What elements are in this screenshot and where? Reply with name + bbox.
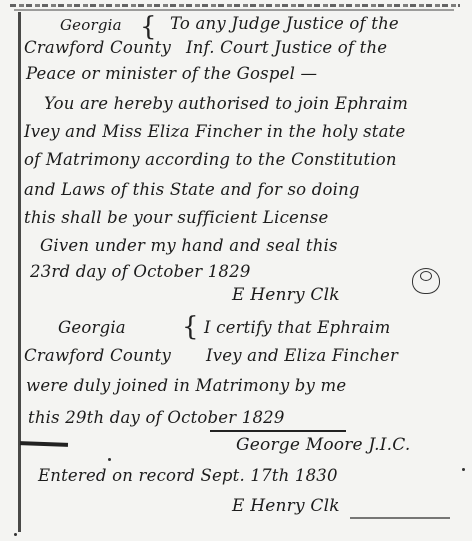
left-margin-rule	[18, 12, 21, 532]
certificate-line-1: I certify that Ephraim	[204, 318, 391, 337]
page-top-rule	[14, 9, 454, 11]
certificate-line-3: were duly joined in Matrimony by me	[26, 376, 346, 395]
record-entry: Entered on record Sept. 17th 1830	[38, 466, 338, 485]
certificate-line-4: this 29th day of October 1829	[28, 408, 285, 427]
license-line-8: this shall be your sufficient License	[24, 208, 328, 227]
date-underline	[210, 430, 346, 432]
license-line-3: Peace or minister of the Gospel —	[26, 64, 317, 83]
license-line-5: Ivey and Miss Eliza Fincher in the holy …	[24, 122, 405, 141]
license-line-10: 23rd day of October 1829	[30, 262, 251, 281]
certificate-line-2: Ivey and Eliza Fincher	[206, 346, 398, 365]
license-line-2: Inf. Court Justice of the	[186, 38, 387, 57]
license-header-state: Georgia	[60, 16, 122, 34]
ink-speck	[108, 458, 111, 461]
license-line-6: of Matrimony according to the Constituti…	[24, 150, 397, 169]
license-line-9: Given under my hand and seal this	[40, 236, 338, 255]
page-top-edge	[10, 4, 460, 7]
license-line-7: and Laws of this State and for so doing	[24, 180, 360, 199]
license-line-4: You are hereby authorised to join Ephrai…	[44, 94, 408, 113]
left-margin-mark	[20, 441, 68, 447]
license-header-county: Crawford County	[24, 38, 171, 57]
certificate-header-county: Crawford County	[24, 346, 171, 365]
license-signature: E Henry Clk	[232, 285, 340, 305]
seal-icon	[412, 268, 440, 294]
certificate-header-state: Georgia	[58, 318, 126, 337]
certificate-signature: George Moore J.I.C.	[236, 435, 410, 455]
brace-mark: {	[182, 312, 199, 342]
document-page: { Georgia To any Judge Justice of the Cr…	[0, 0, 472, 541]
license-line-1: To any Judge Justice of the	[170, 14, 399, 33]
ink-speck	[462, 468, 465, 471]
ink-speck	[14, 533, 17, 536]
record-signature: E Henry Clk	[232, 496, 340, 516]
signature-underline	[350, 517, 450, 519]
